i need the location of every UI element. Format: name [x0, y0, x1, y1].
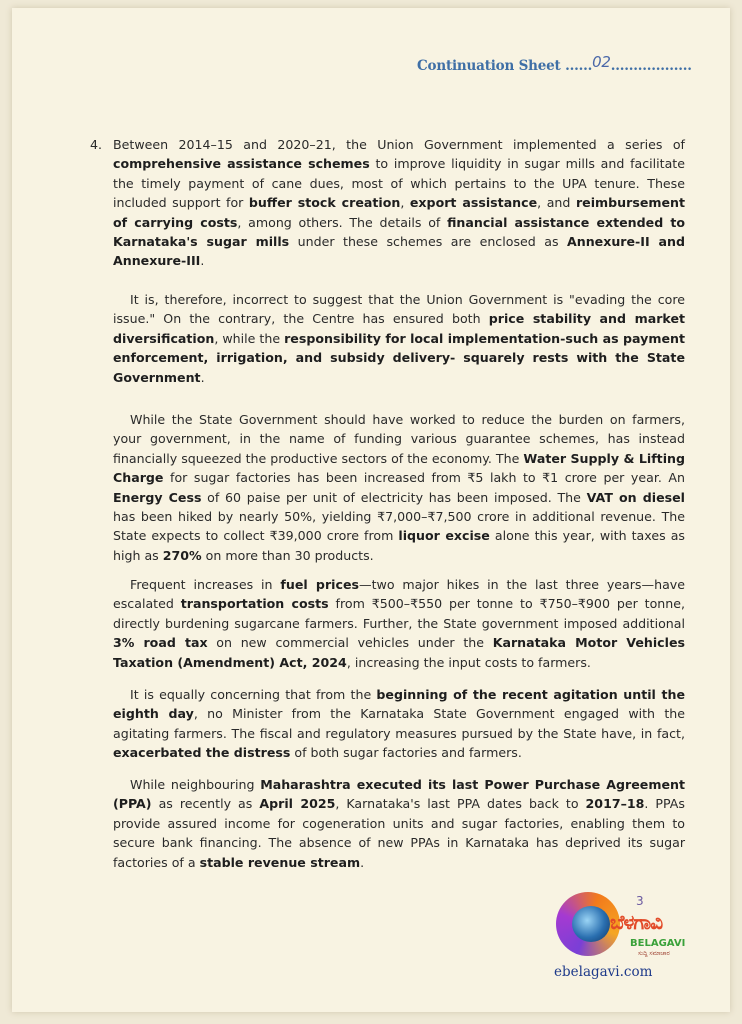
body-text: , increasing the input costs to farmers.	[347, 655, 591, 670]
body-text: under these schemes are enclosed as	[289, 234, 567, 249]
emphasis-text: buffer stock creation	[249, 195, 400, 210]
continuation-sheet-header: Continuation Sheet ......02.............…	[417, 56, 692, 74]
watermark-url: ebelagavi.com	[554, 964, 652, 980]
emphasis-text: VAT on diesel	[587, 490, 685, 505]
body-text: on new commercial vehicles under the	[208, 635, 493, 650]
emphasis-text: Energy Cess	[113, 490, 201, 505]
body-text: , and	[537, 195, 576, 210]
body-text: .	[201, 370, 205, 385]
emphasis-text: liquor excise	[398, 528, 489, 543]
emphasis-text: fuel prices	[280, 577, 359, 592]
ebelagavi-watermark-logo: 3 ಬೆಳಗಾವಿ BELAGAVI ಸುದ್ದಿ ಸಮಾಚಾರ ebelaga…	[552, 888, 712, 988]
body-text: , while the	[214, 331, 284, 346]
body-text: .	[200, 253, 204, 268]
body-text: , among others. The details of	[237, 215, 447, 230]
emphasis-text: exacerbated the distress	[113, 745, 290, 760]
body-text: , Karnataka's last PPA dates back to	[335, 796, 585, 811]
emphasis-text: transportation costs	[181, 596, 329, 611]
paragraph-assistance-schemes: Between 2014–15 and 2020–21, the Union G…	[113, 135, 685, 271]
emphasis-text: 2017–18	[586, 796, 645, 811]
body-text: , no Minister from the Karnataka State G…	[113, 706, 685, 740]
paragraph-core-issue: It is, therefore, incorrect to suggest t…	[113, 290, 685, 387]
body-text: on more than 30 products.	[202, 548, 374, 563]
emphasis-text: April 2025	[259, 796, 335, 811]
continuation-sheet-label: Continuation Sheet	[417, 58, 561, 74]
emphasis-text: comprehensive assistance schemes	[113, 156, 370, 171]
body-text: It is equally concerning that from the	[130, 687, 376, 702]
body-text: for sugar factories has been increased f…	[163, 470, 685, 485]
emphasis-text: 3% road tax	[113, 635, 208, 650]
body-text: .	[360, 855, 364, 870]
body-text: While neighbouring	[130, 777, 260, 792]
paragraph-ppa: While neighbouring Maharashtra executed …	[113, 775, 685, 872]
logo-english-name: BELAGAVI	[630, 938, 685, 949]
emphasis-text: export assistance	[410, 195, 537, 210]
body-text: as recently as	[152, 796, 260, 811]
paragraph-agitation: It is equally concerning that from the b…	[113, 685, 685, 763]
body-text: ,	[400, 195, 410, 210]
paragraph-state-burden: While the State Government should have w…	[113, 410, 685, 565]
emphasis-text: stable revenue stream	[200, 855, 361, 870]
leader-dots: ..................	[611, 58, 692, 74]
logo-tagline: ಸುದ್ದಿ ಸಮಾಚಾರ	[638, 950, 670, 958]
logo-kannada-name: ಬೆಳಗಾವಿ	[610, 910, 662, 934]
body-text: of 60 paise per unit of electricity has …	[201, 490, 586, 505]
body-text: of both sugar factories and farmers.	[290, 745, 521, 760]
leader-dots: ......	[565, 58, 592, 74]
sheet-number: 02	[592, 53, 611, 71]
emphasis-text: 270%	[163, 548, 202, 563]
body-text: Between 2014–15 and 2020–21, the Union G…	[113, 137, 685, 152]
body-text: Frequent increases in	[130, 577, 280, 592]
paragraph-number: 4.	[90, 137, 102, 152]
logo-superscript: 3	[636, 894, 644, 908]
paragraph-fuel-prices: Frequent increases in fuel prices—two ma…	[113, 575, 685, 672]
